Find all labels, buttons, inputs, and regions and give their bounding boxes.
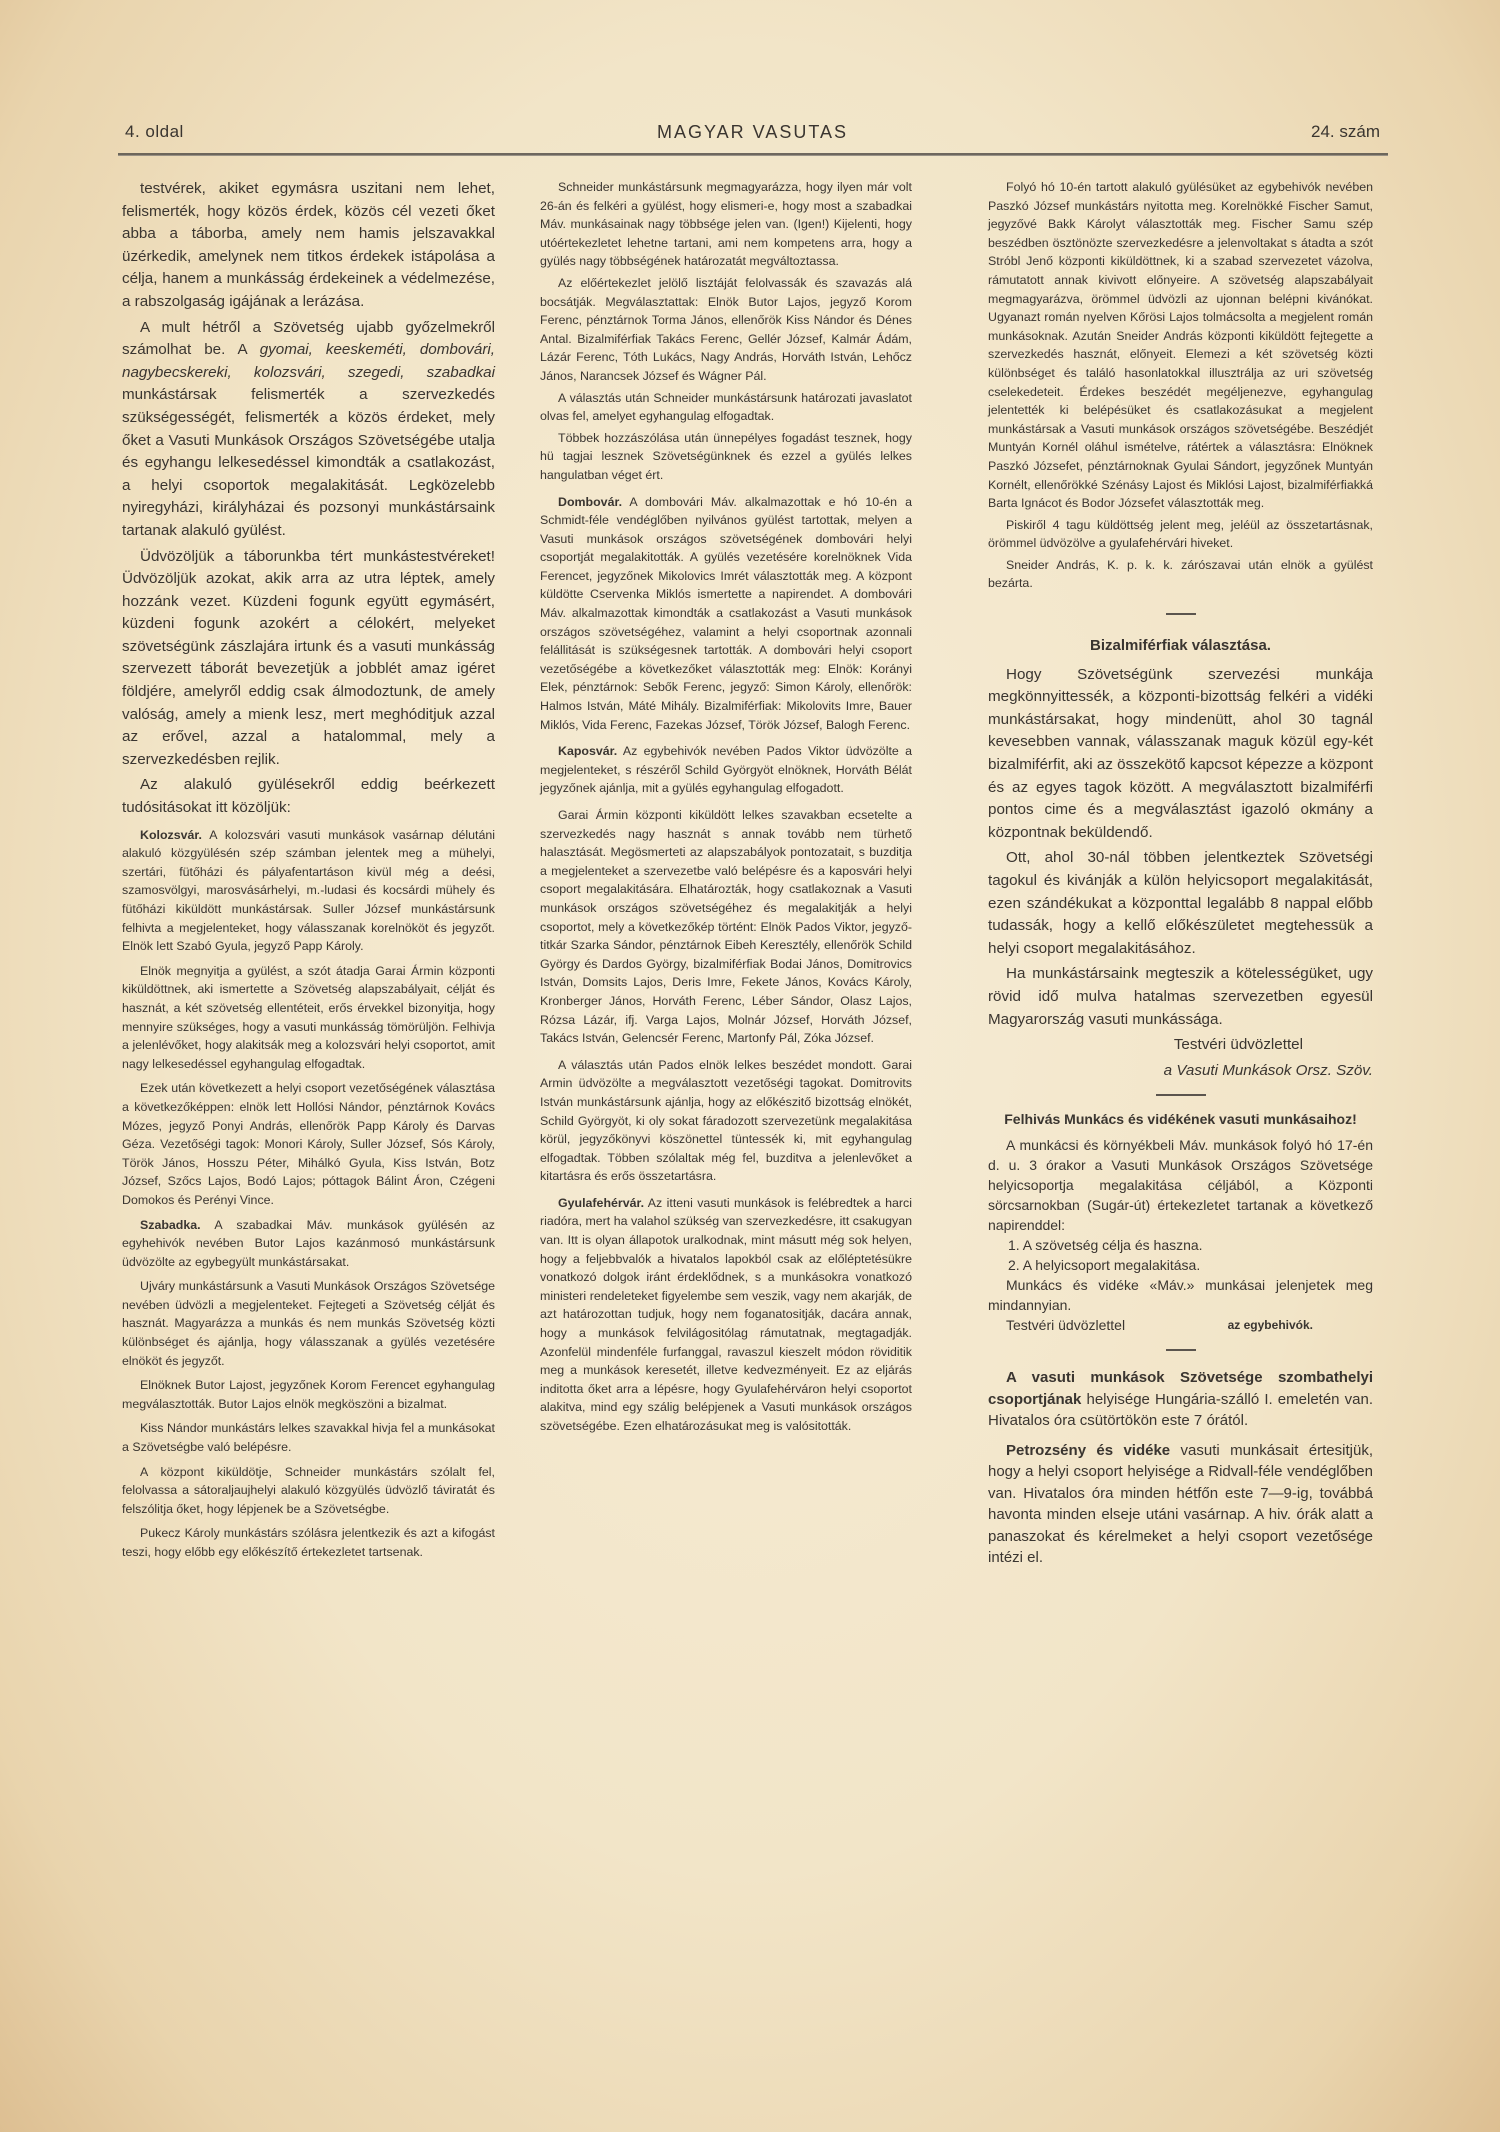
- paragraph: Az alakuló gyülésekről eddig beérkezett …: [122, 774, 495, 819]
- text: vasuti munkásait értesitjük, hogy a hely…: [988, 1442, 1373, 1567]
- signature-line: Testvéri üdvözlettelaz egybehivók.: [988, 1315, 1373, 1335]
- paragraph: Üdvözöljük a táborunkba tért munkástestv…: [122, 546, 495, 772]
- section-heading-bizalmiferfiak: Bizalmiférfiak választása.: [988, 637, 1373, 656]
- section-divider: [1156, 1094, 1206, 1096]
- section-heading-munkacs: Felhivás Munkács és vidékének vasuti mun…: [988, 1110, 1373, 1129]
- paragraph: Pukecz Károly munkástárs szólásra jelent…: [122, 1524, 495, 1561]
- section-notices: A vasuti munkások Szövetsége szombathely…: [988, 1367, 1373, 1569]
- report-szabadka: Szabadka. A szabadkai Máv. munkások gyül…: [122, 1216, 495, 1272]
- report-gyulafehervar: Gyulafehérvár. Az itteni vasuti munkások…: [540, 1194, 912, 1436]
- paragraph: Folyó hó 10-én tartott alakuló gyülésüke…: [988, 178, 1373, 513]
- paragraph: Sneider András, K. p. k. k. zárószavai u…: [988, 556, 1373, 593]
- newspaper-page: 4. oldal MAGYAR VASUTAS 24. szám testvér…: [0, 0, 1500, 2132]
- paragraph: A központ kiküldötje, Schneider munkástá…: [122, 1463, 495, 1519]
- signature-greeting: Testvéri üdvözlettel: [1006, 1317, 1125, 1333]
- report-place: Kaposvár.: [558, 744, 617, 758]
- paragraph: Munkács és vidéke «Máv.» munkásai jelenj…: [988, 1275, 1373, 1315]
- report-place: Szabadka.: [140, 1218, 201, 1232]
- reports-section: Kolozsvár. A kolozsvári vasuti munkások …: [122, 826, 495, 1562]
- agenda-item: 2. A helyicsoport megalakitása.: [988, 1255, 1373, 1275]
- report-kolozsvar: Kolozsvár. A kolozsvári vasuti munkások …: [122, 826, 495, 956]
- header-rule: [118, 152, 1388, 157]
- column-right: Folyó hó 10-én tartott alakuló gyülésüke…: [988, 178, 1373, 1569]
- notice-szombathely: A vasuti munkások Szövetsége szombathely…: [988, 1367, 1373, 1432]
- page-header: 4. oldal MAGYAR VASUTAS 24. szám: [125, 122, 1380, 152]
- agenda-item: 1. A szövetség célja és haszna.: [988, 1235, 1373, 1255]
- signature-organization: a Vasuti Munkások Orsz. Szöv.: [988, 1060, 1373, 1083]
- notice-heading: Petrozsény és vidéke: [1006, 1442, 1170, 1459]
- paragraph: Hogy Szövetségünk szervezési munkája meg…: [988, 664, 1373, 845]
- report-kaposvar: Kaposvár. Az egybehivók nevében Pados Vi…: [540, 742, 912, 798]
- paragraph: A választás után Schneider munkástársunk…: [540, 389, 912, 426]
- paragraph: Schneider munkástársunk megmagyarázza, h…: [540, 178, 912, 271]
- signature-greeting: Testvéri üdvözlettel: [988, 1034, 1303, 1057]
- text: munkástársak felismerték a szervezkedés …: [122, 386, 495, 539]
- paragraph: Az előértekezlet jelölő lisztáját felolv…: [540, 274, 912, 386]
- paragraph: A munkácsi és környékbeli Máv. munkások …: [988, 1135, 1373, 1235]
- paragraph: A mult hétről a Szövetség ujabb győzelme…: [122, 317, 495, 543]
- text: A kolozsvári vasuti munkások vasárnap dé…: [122, 828, 495, 954]
- masthead-title: MAGYAR VASUTAS: [125, 122, 1380, 143]
- paragraph: Ha munkástársaink megteszik a kötelesség…: [988, 963, 1373, 1031]
- section-divider: [1166, 613, 1196, 615]
- paragraph: Piskiről 4 tagu küldöttség jelent meg, j…: [988, 516, 1373, 553]
- report-place: Gyulafehérvár.: [558, 1196, 644, 1210]
- agenda-list: 1. A szövetség célja és haszna. 2. A hel…: [988, 1235, 1373, 1275]
- section-munkacs: A munkácsi és környékbeli Máv. munkások …: [988, 1135, 1373, 1335]
- paragraph: Garai Ármin központi kiküldött lelkes sz…: [540, 806, 912, 1048]
- report-place: Kolozsvár.: [140, 828, 202, 842]
- section-divider: [1166, 1349, 1196, 1351]
- paragraph: Kiss Nándor munkástárs lelkes szavakkal …: [122, 1419, 495, 1456]
- text: A dombovári Máv. alkalmazottak e hó 10-é…: [540, 495, 912, 732]
- paragraph: Ujváry munkástársunk a Vasuti Munkások O…: [122, 1277, 495, 1370]
- paragraph: Elnök megnyitja a gyülést, a szót átadja…: [122, 962, 495, 1074]
- issue-number: 24. szám: [1311, 122, 1380, 142]
- paragraph: A választás után Pados elnök lelkes besz…: [540, 1056, 912, 1186]
- report-dombovar: Dombovár. A dombovári Máv. alkalmazottak…: [540, 493, 912, 735]
- report-place: Dombovár.: [558, 495, 622, 509]
- paragraph: Többek hozzászólása után ünnepélyes foga…: [540, 429, 912, 485]
- column-left: testvérek, akiket egymásra uszitani nem …: [122, 178, 495, 1562]
- text: Az itteni vasuti munkások is felébredtek…: [540, 1196, 912, 1433]
- paragraph: Ezek után következett a helyi csoport ve…: [122, 1079, 495, 1209]
- notice-petrozseny: Petrozsény és vidéke vasuti munkásait ér…: [988, 1440, 1373, 1569]
- paragraph: Ott, ahol 30-nál többen jelentkeztek Szö…: [988, 847, 1373, 960]
- paragraph: Elnöknek Butor Lajost, jegyzőnek Korom F…: [122, 1376, 495, 1413]
- signature-organizers: az egybehivók.: [1210, 1315, 1313, 1335]
- paragraph: testvérek, akiket egymásra uszitani nem …: [122, 178, 495, 314]
- column-middle: Schneider munkástársunk megmagyarázza, h…: [540, 178, 912, 1436]
- section-bizalmiferfiak: Hogy Szövetségünk szervezési munkája meg…: [988, 664, 1373, 1083]
